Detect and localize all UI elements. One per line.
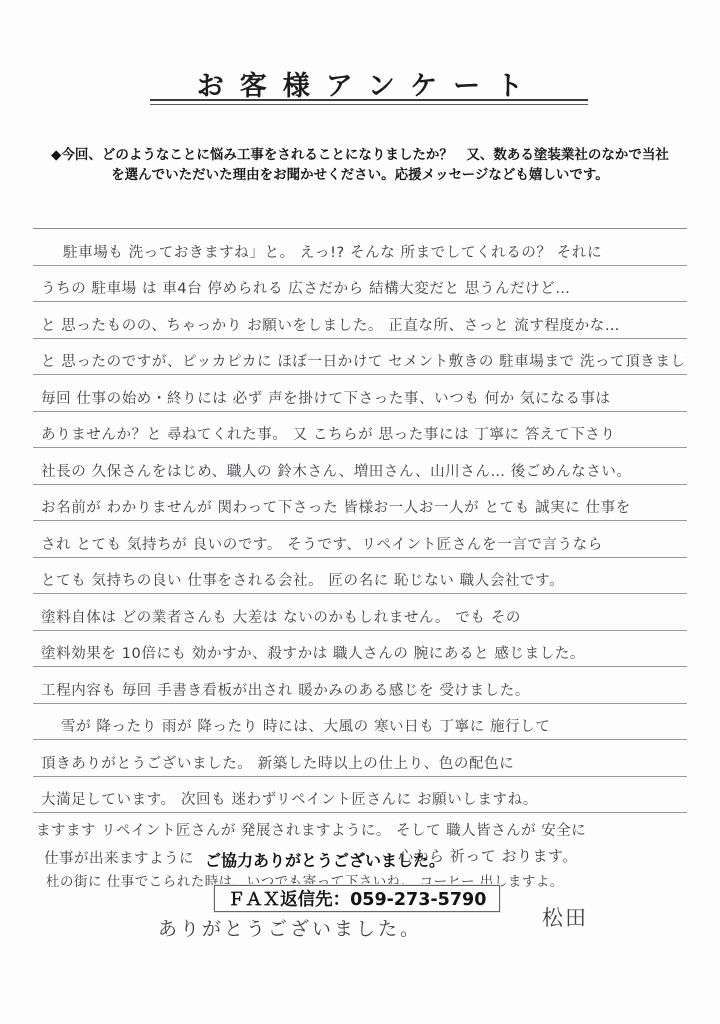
handwritten-line: 頂きありがとうございました。 新築した時以上の仕上り、色の配色に: [33, 740, 687, 777]
fax-reply-box: ＦＡＸ返信先：059-273-5790: [214, 885, 500, 912]
title-double-underline: [150, 99, 588, 105]
survey-question-line-1: ◆今回、どのようなことに悩み工事をされることになりましたか？ 又、数ある塗装業社…: [40, 146, 680, 166]
closing-wish-line-left: 仕事が出来ますように: [44, 847, 194, 868]
closing-wish-line: ますます リペイント匠さんが 発展されますように。 そして 職人皆さんが 安全に: [36, 819, 586, 840]
closing-wish-line-right: 心から 祈って おります。: [398, 845, 578, 866]
signature-name: 松田: [542, 902, 588, 932]
handwritten-line: され とても 気持ちが 良いのです。 そうです、リペイント匠さんを一言で言うなら: [33, 521, 687, 558]
handwritten-thank-you: ありがとうございました。: [158, 914, 422, 941]
handwritten-line: 雪が 降ったり 雨が 降ったり 時には、大風の 寒い日も 丁寧に 施行して: [33, 704, 687, 741]
handwritten-line: とても 気持ちの良い 仕事をされる会社。 匠の名に 恥じない 職人会社です。: [33, 558, 687, 595]
handwritten-line: 工程内容も 毎回 手書き看板が出され 暖かみのある感じを 受けました。: [33, 667, 687, 704]
handwritten-line: と 思ったものの、ちゃっかり お願いをしました。 正直な所、さっと 流す程度かな…: [33, 302, 687, 339]
survey-question-line-2: を選んでいただいた理由をお聞かせください。応援メッセージなども嬉しいです。: [40, 166, 680, 186]
handwritten-line: ありませんか？と 尋ねてくれた事。 又 こちらが 思った事には 丁寧に 答えて下…: [33, 412, 687, 449]
handwritten-line: 社長の 久保さんをはじめ、職人の 鈴木さん、増田さん、山川さん… 後ごめんなさい…: [33, 448, 687, 485]
handwritten-line: 駐車場も 洗っておきますね」と。 えっ!? そんな 所までしてくれるの？ それに: [33, 229, 687, 266]
handwritten-line: お名前が わかりませんが 関わって下さった 皆様お一人お一人が とても 誠実に …: [33, 485, 687, 522]
ruled-writing-area: 駐車場も 洗っておきますね」と。 えっ!? そんな 所までしてくれるの？ それに…: [33, 228, 687, 813]
handwritten-line: 大満足しています。 次回も 迷わずリペイント匠さんに お願いしますね。: [33, 777, 687, 814]
handwritten-line: 塗料効果を 10倍にも 効かすか、殺すかは 職人さんの 腕にあると 感じました。: [33, 631, 687, 668]
survey-question-text: ◆今回、どのようなことに悩み工事をされることになりましたか？ 又、数ある塗装業社…: [40, 146, 680, 185]
page-title: お客様アンケート: [0, 64, 720, 103]
fax-reply-number: ＦＡＸ返信先：059-273-5790: [228, 886, 487, 911]
handwritten-line: 毎回 仕事の始め・終りには 必ず 声を掛けて下さった事、いつも 何か 気になる事…: [33, 375, 687, 412]
handwritten-line: 塗料自体は どの業者さんも 大差は ないのかもしれません。 でも その: [33, 594, 687, 631]
survey-scan-page: お客様アンケート ◆今回、どのようなことに悩み工事をされることになりましたか？ …: [0, 0, 720, 1024]
handwritten-line: うちの 駐車場 は 車4台 停められる 広さだから 結構大変だと 思うんだけど…: [33, 266, 687, 303]
handwritten-line: と 思ったのですが、ピッカピカに ほぼ一日かけて セメント敷きの 駐車場まで 洗…: [33, 339, 687, 376]
